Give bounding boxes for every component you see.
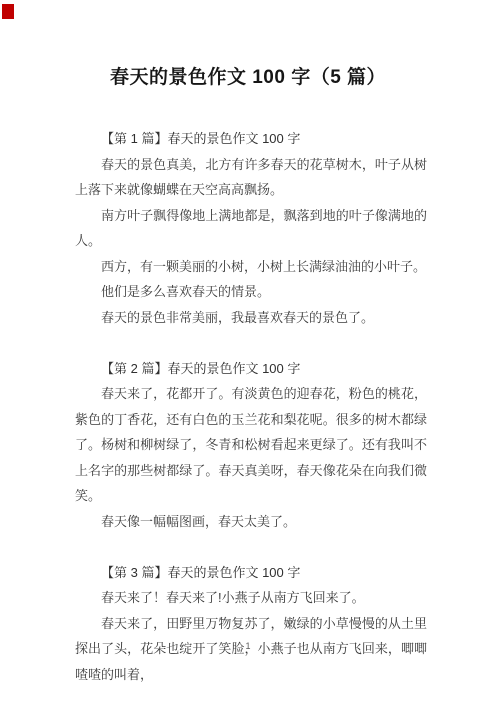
paragraph: 他们是多么喜欢春天的情景。 (75, 279, 427, 305)
essay-section-2: 【第 2 篇】春天的景色作文 100 字 春天来了，花都开了。有淡黄色的迎春花，… (75, 356, 427, 535)
paragraph: 春天来了！春天来了!小燕子从南方飞回来了。 (75, 585, 427, 611)
paragraph: 春天来了，花都开了。有淡黄色的迎春花，粉色的桃花，紫色的丁香花，还有白色的玉兰花… (75, 381, 427, 509)
document-title: 春天的景色作文 100 字（5 篇） (55, 66, 441, 90)
essay-section-3: 【第 3 篇】春天的景色作文 100 字 春天来了！春天来了!小燕子从南方飞回来… (75, 560, 427, 688)
paragraph: 西方，有一颗美丽的小树，小树上长满绿油油的小叶子。 (75, 254, 427, 280)
paragraph: 南方叶子飘得像地上满地都是，飘落到地的叶子像满地的人。 (75, 203, 427, 254)
paragraph: 春天的景色非常美丽，我最喜欢春天的景色了。 (75, 305, 427, 331)
paragraph: 春天的景色真美，北方有许多春天的花草树木，叶子从树上落下来就像蝴蝶在天空高高飘扬… (75, 152, 427, 203)
document-body: 【第 1 篇】春天的景色作文 100 字 春天的景色真美，北方有许多春天的花草树… (75, 126, 427, 687)
section-1-header: 【第 1 篇】春天的景色作文 100 字 (75, 126, 427, 152)
page-number: 1 (0, 640, 496, 652)
scan-red-mark (2, 4, 14, 19)
section-3-header: 【第 3 篇】春天的景色作文 100 字 (75, 560, 427, 586)
document-page: 春天的景色作文 100 字（5 篇） 【第 1 篇】春天的景色作文 100 字 … (0, 0, 496, 702)
essay-section-1: 【第 1 篇】春天的景色作文 100 字 春天的景色真美，北方有许多春天的花草树… (75, 126, 427, 330)
paragraph: 春天像一幅幅图画，春天太美了。 (75, 509, 427, 535)
section-2-header: 【第 2 篇】春天的景色作文 100 字 (75, 356, 427, 382)
